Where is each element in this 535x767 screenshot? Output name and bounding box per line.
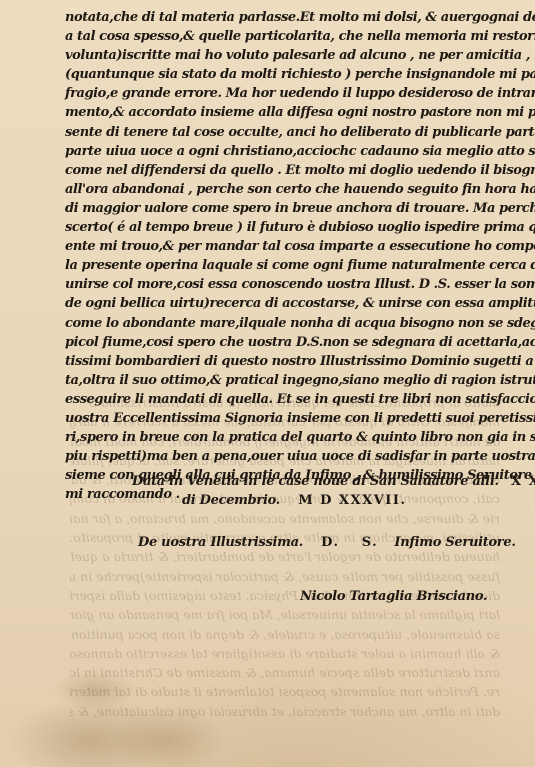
body-line: all'ora abandonai , perche son certo che…	[65, 180, 503, 199]
body-line: fragio,e grande errore. Ma hor uedendo i…	[65, 84, 503, 103]
body-line: scerto( é al tempo breue ) il futuro è d…	[65, 218, 503, 237]
body-line: notata,che di tal materia parlasse.Et mo…	[65, 8, 503, 27]
body-line: (quantunque sia stato da molti richiesto…	[65, 65, 503, 84]
body-line: piu rispetti)ma ben a pena,ouer uiua uoc…	[65, 447, 503, 466]
bleed-line: haueua deliberato de regolar l'arte de b…	[70, 547, 500, 566]
dateline-place: Data in Venetia in le case noue di San S…	[132, 474, 535, 489]
body-line: uostra Eccellentissima Signoria insieme …	[65, 409, 503, 428]
body-line: sente di tenere tal cose occulte, anci h…	[65, 123, 503, 142]
dateline-month: di Decembrio.	[182, 493, 280, 508]
body-line: ta,oltra il suo ottimo,& pratical ingegn…	[65, 371, 503, 390]
body-line: di maggior ualore come spero in breue an…	[65, 199, 503, 218]
bleed-line: re. Perilche non solamente posposi total…	[70, 682, 500, 701]
body-line: unirse col more,cosi essa conoscendo uos…	[65, 275, 503, 294]
letter-body: notata,che di tal materia parlasse.Et mo…	[65, 8, 503, 504]
dateline-day: X X.	[511, 474, 535, 489]
salutation-role: Infimo Seruitore.	[394, 535, 515, 550]
dateline-text: Data in Venetia in le case noue di San S…	[132, 474, 499, 489]
bleed-line: dati in altro, ma anchor stracciai, et a…	[70, 702, 500, 721]
salutation-text: De uostra Illustrissima.	[138, 535, 303, 550]
dateline-year: M D XXXVII.	[298, 493, 406, 508]
bleed-line: & alli huomini a uoler studiare di assot…	[70, 644, 500, 663]
signature: Nicolo Tartaglia Brisciano.	[300, 589, 487, 604]
body-line: volunta)iscritte mai ho voluto palesarle…	[65, 46, 503, 65]
bleed-line: fusse possibile per molte cause, & parti…	[70, 567, 500, 586]
body-line: picol fiume,cosi spero che uostra D.S.no…	[65, 333, 503, 352]
body-line: la presente operina laquale si come ogni…	[65, 256, 503, 275]
body-line: parte uiua uoce a ogni christiano,accioc…	[65, 142, 503, 161]
body-line: a tal cosa spesso,& quelle particolarita…	[65, 27, 503, 46]
body-line: de ogni bellica uirtu)recerca di accosta…	[65, 294, 503, 313]
dateline-date: di Decembrio. M D XXXVII.	[182, 493, 406, 508]
salutation-d: D.	[321, 535, 339, 550]
body-line: esseguire li mandati di quella. Et se in…	[65, 390, 503, 409]
bleed-line: anzi destruttore della specie humana, & …	[70, 663, 500, 682]
body-line: mento,& accordato insieme alla diffesa o…	[65, 103, 503, 122]
salutation: De uostra Illustrissima. D. S. Infimo Se…	[138, 535, 516, 550]
signature-text: Nicolo Tartaglia Brisciano.	[300, 589, 487, 604]
body-line: ente mi trouo,& per mandar tal cosa impa…	[65, 237, 503, 256]
body-line: come lo abondante mare,ilquale nonha di …	[65, 314, 503, 333]
bleed-line: lari pigliamo la scientia uniuersale, Ma…	[70, 605, 500, 624]
bleed-line: rie & diuerse, che non solamente accendo…	[70, 509, 500, 528]
body-line: tissimi bombardieri di questo nostro Ill…	[65, 352, 503, 371]
body-line: ri,spero in breue con la pratica del qua…	[65, 428, 503, 447]
salutation-s: S.	[362, 535, 378, 550]
body-line: come nel diffendersi da quello . Et molt…	[65, 161, 503, 180]
bleed-line: sa biasmeuole, uituperosa, e crudele, & …	[70, 625, 500, 644]
